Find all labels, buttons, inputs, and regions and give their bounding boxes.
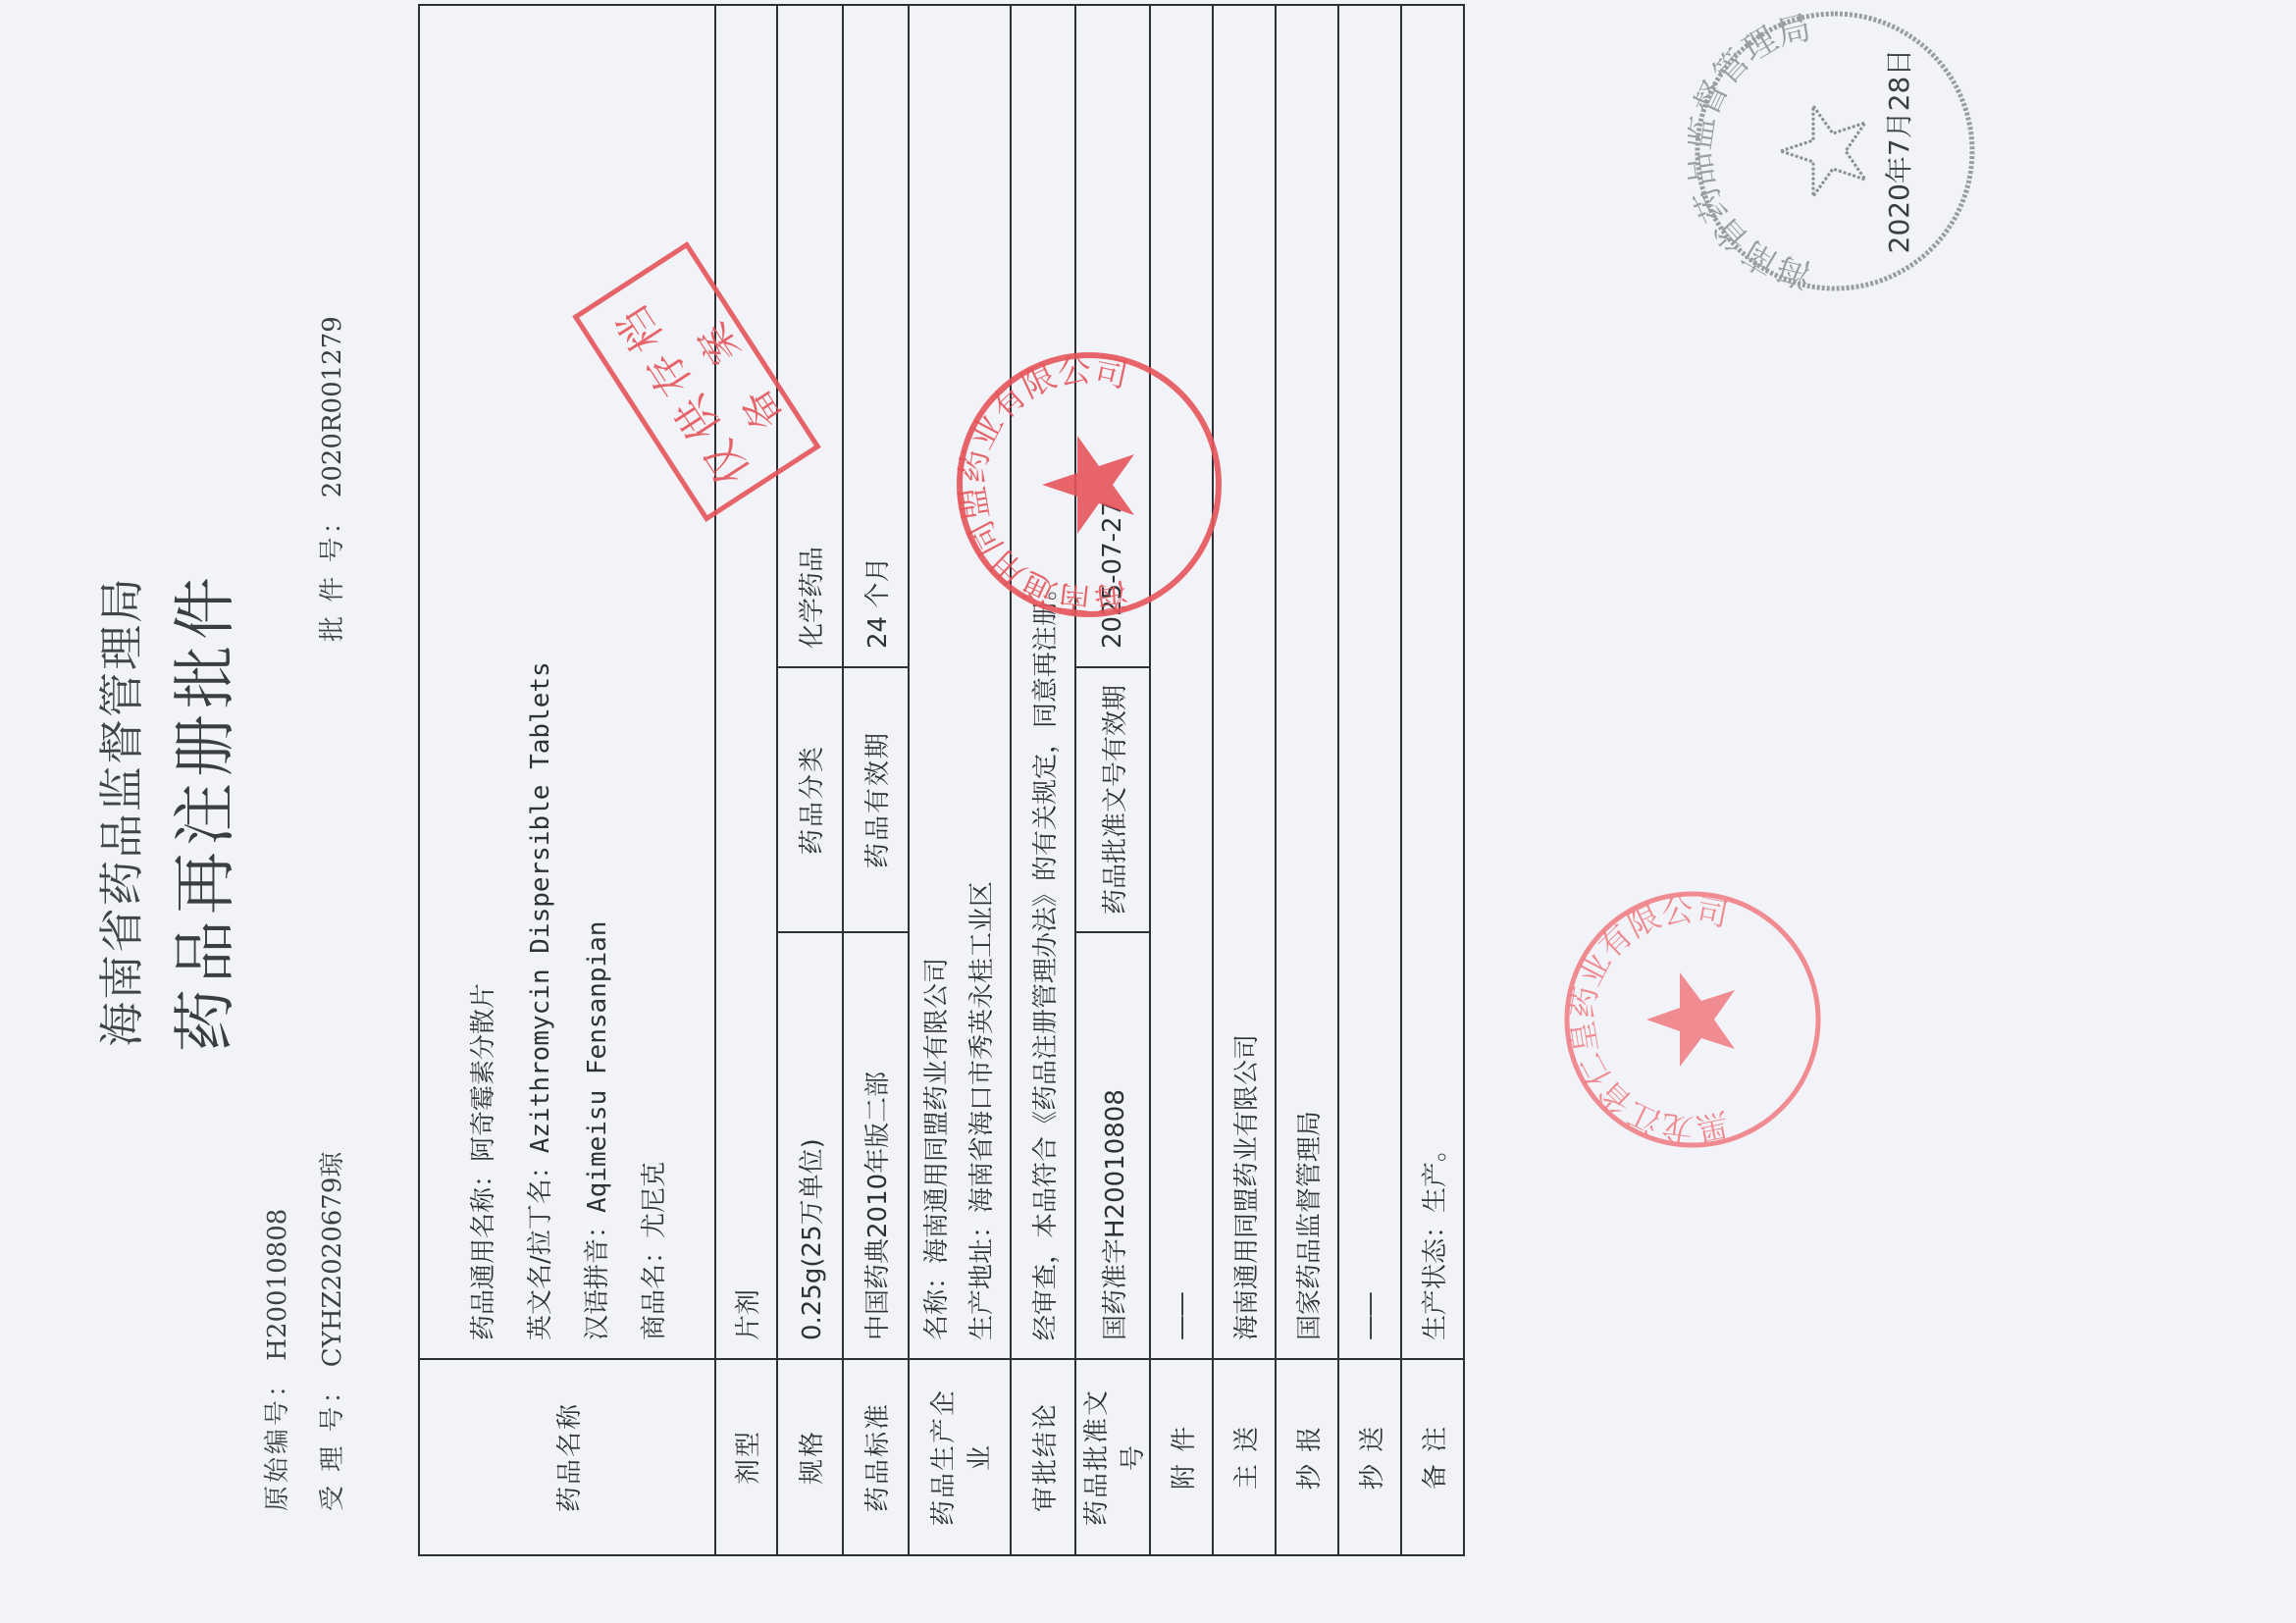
specification-label: 规格 bbox=[777, 1359, 843, 1555]
approval-number: 批 件 号： 2020R001279 bbox=[312, 316, 348, 642]
table-row-dosage-form: 剂型 片剂 bbox=[715, 5, 777, 1555]
table-row-main-recipient: 主 送 海南通用同盟药业有限公司 bbox=[1213, 5, 1276, 1555]
svg-text:海南省药品监督管理局: 海南省药品监督管理局 bbox=[1688, 8, 1815, 294]
official-seal-date: 2020年7月28日 bbox=[1883, 49, 1915, 254]
approval-doc-value: 国药准字H20010808 bbox=[1075, 932, 1150, 1359]
approval-validity-label: 药品批准文号有效期 bbox=[1075, 667, 1150, 932]
star-icon bbox=[1781, 106, 1865, 196]
table-row-copy-report: 抄 报 国家药品监督管理局 bbox=[1276, 5, 1338, 1555]
original-number-label: 原始编号： bbox=[263, 1369, 292, 1511]
copy-report-label: 抄 报 bbox=[1276, 1359, 1338, 1555]
category-value: 化学药品 bbox=[777, 5, 843, 667]
official-seal-text: 海南省药品监督管理局 bbox=[1688, 8, 1815, 294]
approval-validity-value: 2025-07-27 bbox=[1075, 5, 1150, 667]
copy-report-value: 国家药品监督管理局 bbox=[1276, 5, 1338, 1359]
pinyin-value: Aqimeisu Fensanpian bbox=[583, 921, 612, 1213]
attachment-value: —— bbox=[1150, 5, 1213, 1359]
table-row-remarks: 备 注 生产状态：生产。 bbox=[1401, 5, 1464, 1555]
manufacturer-label: 药品生产企业 bbox=[909, 1359, 1011, 1555]
copy-send-label: 抄 送 bbox=[1338, 1359, 1401, 1555]
standard-value: 中国药典2010年版二部 bbox=[843, 932, 909, 1359]
table-row-conclusion: 审批结论 经审查，本品符合《药品注册管理办法》的有关规定，同意再注册。 bbox=[1011, 5, 1075, 1555]
approval-document-page: 海南省药品监督管理局 药品再注册批件 原始编号： H20010808 受 理 号… bbox=[0, 0, 2296, 1623]
manufacturer-name-value: 海南通用同盟药业有限公司 bbox=[922, 958, 952, 1264]
manufacturer-name-label: 名称： bbox=[922, 1264, 952, 1340]
manufacturer-name-line: 名称：海南通用同盟药业有限公司 bbox=[914, 24, 960, 1340]
acceptance-number: 受 理 号： CYHZ2020679琼 bbox=[312, 1152, 348, 1511]
original-number: 原始编号： H20010808 bbox=[257, 1209, 293, 1511]
table-row-drug-name: 药品名称 药品通用名称：阿奇霉素分散片 英文名/拉丁名：Azithromycin… bbox=[419, 5, 715, 1555]
manufacturer-address-line: 生产地址：海南省海口市秀英永桂工业区 bbox=[960, 24, 1005, 1340]
registration-table: 药品名称 药品通用名称：阿奇霉素分散片 英文名/拉丁名：Azithromycin… bbox=[418, 4, 1465, 1556]
conclusion-label: 审批结论 bbox=[1011, 1359, 1075, 1555]
generic-name-line: 药品通用名称：阿奇霉素分散片 bbox=[455, 24, 512, 1340]
dosage-form-value: 片剂 bbox=[715, 5, 777, 1359]
approval-doc-label: 药品批准文号 bbox=[1075, 1359, 1150, 1555]
manufacturer-address-value: 海南省海口市秀英永桂工业区 bbox=[967, 881, 997, 1213]
specification-value: 0.25g(25万单位) bbox=[777, 932, 843, 1359]
star-icon bbox=[1646, 972, 1735, 1067]
remarks-value: 生产状态：生产。 bbox=[1401, 5, 1464, 1359]
agent-seal: 黑龙江省仁皇药业有限公司 bbox=[1560, 887, 1825, 1152]
table-row-attachment: 附 件 —— bbox=[1150, 5, 1213, 1555]
pinyin-label: 汉语拼音： bbox=[583, 1213, 612, 1340]
agent-seal-text: 黑龙江省仁皇药业有限公司 bbox=[1563, 891, 1732, 1148]
trade-name-value: 尤尼克 bbox=[640, 1162, 669, 1238]
generic-name-value: 阿奇霉素分散片 bbox=[469, 983, 498, 1162]
standard-label: 药品标准 bbox=[843, 1359, 909, 1555]
document-title: 药品再注册批件 bbox=[155, 0, 245, 1623]
approval-number-label: 批 件 号： bbox=[318, 505, 347, 642]
issuing-agency: 海南省药品监督管理局 bbox=[86, 0, 151, 1623]
main-recipient-value: 海南通用同盟药业有限公司 bbox=[1213, 5, 1276, 1359]
shelf-life-value: 24 个月 bbox=[843, 5, 909, 667]
pinyin-line: 汉语拼音：Aqimeisu Fensanpian bbox=[569, 24, 626, 1340]
table-row-manufacturer: 药品生产企业 名称：海南通用同盟药业有限公司 生产地址：海南省海口市秀英永桂工业… bbox=[909, 5, 1011, 1555]
svg-text:黑龙江省仁皇药业有限公司: 黑龙江省仁皇药业有限公司 bbox=[1563, 891, 1732, 1148]
english-name-value: Azithromycin Dispersible Tablets bbox=[526, 661, 555, 1153]
table-row-approval-doc: 药品批准文号 国药准字H20010808 药品批准文号有效期 2025-07-2… bbox=[1075, 5, 1150, 1555]
table-row-specification: 规格 0.25g(25万单位) 药品分类 化学药品 bbox=[777, 5, 843, 1555]
english-name-line: 英文名/拉丁名：Azithromycin Dispersible Tablets bbox=[512, 24, 569, 1340]
drug-name-label: 药品名称 bbox=[419, 1359, 715, 1555]
manufacturer-cell: 名称：海南通用同盟药业有限公司 生产地址：海南省海口市秀英永桂工业区 bbox=[909, 5, 1011, 1359]
shelf-life-label: 药品有效期 bbox=[843, 667, 909, 932]
trade-name-line: 商品名：尤尼克 bbox=[626, 24, 683, 1340]
approval-number-value: 2020R001279 bbox=[318, 316, 347, 497]
dosage-form-label: 剂型 bbox=[715, 1359, 777, 1555]
copy-send-value: —— bbox=[1338, 5, 1401, 1359]
main-recipient-label: 主 送 bbox=[1213, 1359, 1276, 1555]
acceptance-number-label: 受 理 号： bbox=[318, 1375, 347, 1511]
table-row-standard: 药品标准 中国药典2010年版二部 药品有效期 24 个月 bbox=[843, 5, 909, 1555]
acceptance-number-value: CYHZ2020679琼 bbox=[318, 1152, 347, 1368]
generic-name-label: 药品通用名称： bbox=[469, 1162, 498, 1340]
attachment-label: 附 件 bbox=[1150, 1359, 1213, 1555]
drug-name-cell: 药品通用名称：阿奇霉素分散片 英文名/拉丁名：Azithromycin Disp… bbox=[419, 5, 715, 1359]
remarks-label: 备 注 bbox=[1401, 1359, 1464, 1555]
original-number-value: H20010808 bbox=[263, 1209, 292, 1361]
official-seal: 海南省药品监督管理局 2020年7月28日 bbox=[1688, 4, 1982, 298]
trade-name-label: 商品名： bbox=[640, 1238, 669, 1340]
manufacturer-address-label: 生产地址： bbox=[967, 1213, 997, 1340]
category-label: 药品分类 bbox=[777, 667, 843, 932]
english-name-label: 英文名/拉丁名： bbox=[526, 1153, 555, 1340]
conclusion-value: 经审查，本品符合《药品注册管理办法》的有关规定，同意再注册。 bbox=[1011, 5, 1075, 1359]
table-row-copy-send: 抄 送 —— bbox=[1338, 5, 1401, 1555]
